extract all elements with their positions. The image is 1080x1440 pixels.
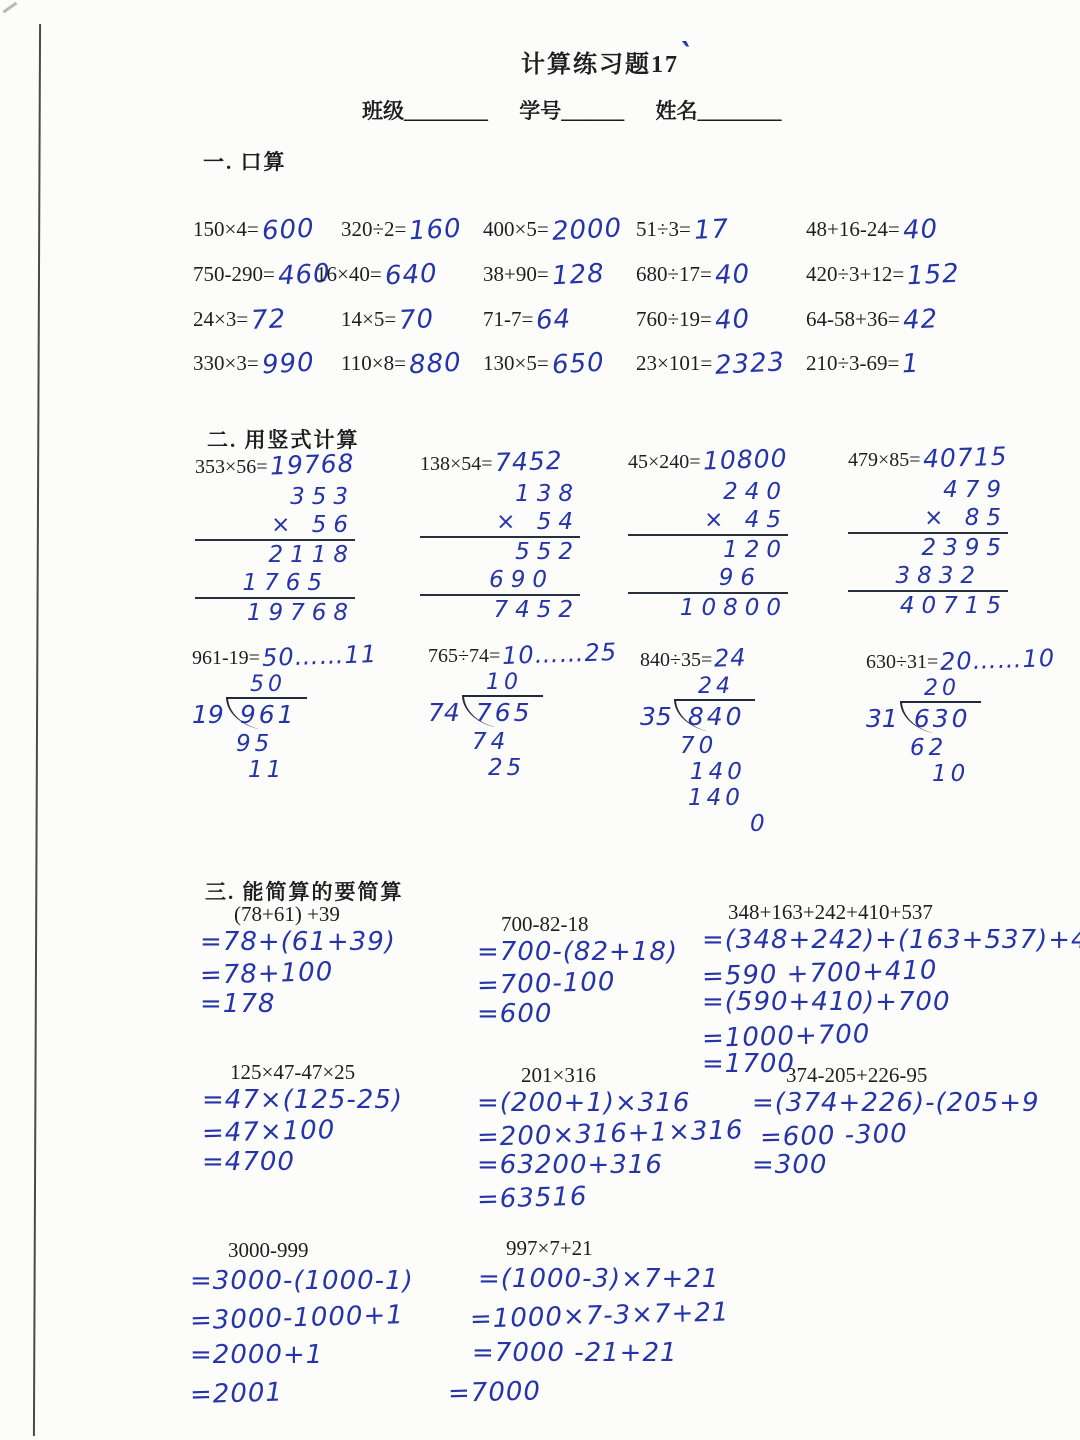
oral-problem: 680÷17=40 bbox=[636, 258, 750, 288]
quotient: 24 bbox=[698, 674, 769, 699]
work-line: 690 bbox=[420, 566, 580, 596]
handwritten-answer: 990 bbox=[261, 348, 315, 381]
field-class-line: ________ bbox=[404, 99, 488, 123]
work-step: =3000-(1000-1) bbox=[190, 1263, 414, 1300]
problem-text: 420÷3+12= bbox=[806, 262, 904, 286]
oral-problem: 51÷3=17 bbox=[636, 213, 729, 243]
simplify-problem: 700-82-18 =700-(82+18) =700-100 =600 bbox=[477, 912, 678, 1030]
oral-problem: 130×5=650 bbox=[483, 347, 604, 377]
work-line: 74 bbox=[472, 729, 509, 755]
work-line: 140 bbox=[690, 759, 769, 785]
field-student-id-label: 学号 bbox=[519, 99, 561, 123]
work-step: =7000 -21+21 bbox=[472, 1335, 729, 1372]
work-step: =4700 bbox=[202, 1147, 403, 1178]
problem-text: 14×5= bbox=[341, 307, 396, 331]
handwritten-answer: 40 bbox=[902, 214, 939, 246]
problem-text: 479×85= bbox=[848, 449, 921, 471]
oral-problem: 150×4=600 bbox=[193, 213, 314, 243]
work-step: =700-(82+18) bbox=[477, 937, 678, 968]
handwritten-answer: 160 bbox=[409, 214, 463, 247]
work-line: 353 bbox=[195, 483, 355, 511]
oral-problem: 420÷3+12=152 bbox=[806, 258, 960, 288]
field-name-line: ________ bbox=[698, 99, 782, 123]
handwritten-answer: 10800 bbox=[702, 444, 787, 476]
worksheet-page: 计算练习题17 ` 班级________ 学号______ 姓名________… bbox=[0, 0, 1080, 1440]
problem-text: 138×54= bbox=[420, 453, 493, 475]
section1-heading: 一. 口算 bbox=[203, 146, 287, 176]
work-line: 10800 bbox=[628, 594, 788, 622]
handwritten-answer: 650 bbox=[551, 348, 605, 381]
problem-text: 997×7+21 bbox=[506, 1236, 729, 1261]
problem-text: 353×56= bbox=[195, 456, 268, 478]
work-step: =7000 bbox=[448, 1368, 730, 1413]
field-name-label: 姓名 bbox=[656, 99, 698, 123]
mult-work: 240 × 45 120 96 10800 bbox=[628, 478, 788, 622]
problem-text: 961-19= bbox=[192, 647, 260, 669]
work-line: 7452 bbox=[420, 596, 580, 624]
mult-work: 138 × 54 552 690 7452 bbox=[420, 480, 580, 624]
oral-problem: 330×3=990 bbox=[193, 347, 314, 377]
oral-problem: 14×5=70 bbox=[341, 303, 434, 333]
remainder: 11 bbox=[248, 757, 377, 783]
problem-text: 150×4= bbox=[193, 217, 259, 241]
work-line: 70 bbox=[680, 733, 717, 759]
mult-work: 479 × 85 2395 3832 40715 bbox=[848, 476, 1008, 620]
oral-problem: 760÷19=40 bbox=[636, 303, 750, 333]
quotient: 50 bbox=[250, 672, 377, 697]
page-title: 计算练习题17 bbox=[521, 44, 679, 79]
vertical-mult-problem: 45×240=10800 240 × 45 120 96 10800 bbox=[628, 445, 818, 622]
problem-text: 51÷3= bbox=[636, 217, 691, 241]
work-line: 120 bbox=[628, 536, 788, 564]
work-step: =(348+242)+(163+537)+410 bbox=[702, 925, 1080, 956]
problem-text: 130×5= bbox=[483, 351, 549, 375]
problem-text: 320÷2= bbox=[341, 217, 406, 241]
problem-text: 330×3= bbox=[193, 351, 259, 375]
long-division-problem: 961-19=50……11 50 19961 95 11 bbox=[192, 642, 377, 783]
simplify-problem: (78+61) +39 =78+(61+39) =78+100 =178 bbox=[200, 902, 396, 1020]
handwritten-answer: 2323 bbox=[714, 347, 786, 381]
work-step: =(200+1)×316 bbox=[477, 1088, 744, 1119]
problem-text: 24×3= bbox=[193, 307, 248, 331]
work-step: =1000×7-3×7+21 bbox=[470, 1294, 730, 1338]
oral-problem: 24×3=72 bbox=[193, 303, 286, 333]
work-line: × 54 bbox=[420, 508, 580, 538]
quotient: 20 bbox=[924, 676, 1055, 701]
simplify-problem: 125×47-47×25 =47×(125-25) =47×100 =4700 bbox=[202, 1060, 403, 1178]
oral-problem: 16×40=640 bbox=[316, 258, 437, 288]
work-step: =200×316+1×316 bbox=[477, 1115, 744, 1153]
remainder: 25 bbox=[488, 755, 617, 781]
problem-text: 16×40= bbox=[316, 262, 382, 286]
handwritten-answer: 880 bbox=[408, 348, 462, 381]
work-line: 1765 bbox=[195, 569, 355, 599]
work-step: =(374+226)-(205+9 bbox=[752, 1088, 1040, 1119]
handwritten-answer: 128 bbox=[551, 259, 605, 292]
work-step: =63516 bbox=[477, 1177, 744, 1215]
handwritten-answer: 70 bbox=[398, 304, 435, 336]
handwritten-answer: 42 bbox=[902, 304, 939, 336]
dividend: 840 bbox=[674, 699, 755, 733]
simplify-problem: 348+163+242+410+537 =(348+242)+(163+537)… bbox=[702, 900, 1080, 1080]
work-line: 2395 bbox=[848, 534, 1008, 562]
work-line: 40715 bbox=[848, 592, 1008, 620]
problem-text: 210÷3-69= bbox=[806, 351, 899, 375]
quotient: 10 bbox=[486, 670, 617, 695]
work-line: 95 bbox=[236, 731, 273, 757]
problem-text: 48+16-24= bbox=[806, 217, 900, 241]
handwritten-answer: 40715 bbox=[922, 442, 1007, 474]
header-fields: 班级________ 学号______ 姓名________ bbox=[362, 95, 782, 125]
problem-text: 700-82-18 bbox=[501, 912, 678, 937]
problem-text: 3000-999 bbox=[228, 1238, 414, 1263]
work-line: 96 bbox=[628, 564, 788, 594]
problem-text: 45×240= bbox=[628, 451, 701, 473]
divisor: 19 bbox=[192, 700, 224, 729]
problem-text: 23×101= bbox=[636, 351, 712, 375]
divisor: 35 bbox=[640, 702, 672, 731]
field-class-label: 班级 bbox=[362, 99, 404, 123]
handwritten-answer: 1 bbox=[902, 349, 921, 380]
problem-text: (78+61) +39 bbox=[234, 902, 396, 927]
work-line: 3832 bbox=[848, 562, 1008, 592]
work-step: =3000-1000+1 bbox=[190, 1297, 415, 1340]
problem-text: 400×5= bbox=[483, 217, 549, 241]
handwritten-answer: 19768 bbox=[269, 449, 354, 481]
work-step: =47×(125-25) bbox=[202, 1085, 403, 1116]
work-line: 138 bbox=[420, 480, 580, 508]
long-division-problem: 840÷35=24 24 35840 70 140 140 0 bbox=[640, 644, 769, 837]
vertical-mult-problem: 479×85=40715 479 × 85 2395 3832 40715 bbox=[848, 443, 1038, 620]
work-line: 140 bbox=[688, 785, 744, 811]
remainder: 0 bbox=[750, 811, 769, 837]
work-line: 19768 bbox=[195, 599, 355, 627]
pen-tick-mark: ` bbox=[678, 38, 693, 73]
work-step: =63200+316 bbox=[477, 1150, 744, 1181]
work-step: =(590+410)+700 bbox=[702, 987, 1080, 1018]
problem-text: 64-58+36= bbox=[806, 307, 900, 331]
work-line: × 85 bbox=[848, 504, 1008, 534]
handwritten-answer: 24 bbox=[714, 643, 748, 672]
work-step: =78+(61+39) bbox=[200, 927, 396, 958]
problem-text: 38+90= bbox=[483, 262, 549, 286]
oral-problem: 110×8=880 bbox=[341, 347, 462, 377]
work-line: 62 bbox=[910, 735, 947, 761]
simplify-problem: 374-205+226-95 =(374+226)-(205+9 =600 -3… bbox=[752, 1063, 1040, 1181]
scan-speck bbox=[3, 2, 18, 14]
work-step: =2000+1 bbox=[190, 1337, 414, 1374]
remainder: 10 bbox=[932, 761, 1055, 787]
oral-problem: 400×5=2000 bbox=[483, 213, 622, 243]
handwritten-answer: 152 bbox=[906, 259, 960, 292]
handwritten-answer: 640 bbox=[384, 259, 438, 292]
scan-edge-line bbox=[33, 24, 41, 1436]
handwritten-answer: 2000 bbox=[551, 213, 623, 247]
work-step: =47×100 bbox=[202, 1113, 404, 1150]
dividend: 961 bbox=[226, 697, 307, 731]
work-line: × 56 bbox=[195, 511, 355, 541]
simplify-problem: 3000-999 =3000-(1000-1) =3000-1000+1 =20… bbox=[190, 1238, 414, 1411]
work-line: × 45 bbox=[628, 506, 788, 536]
handwritten-answer: 40 bbox=[714, 304, 751, 336]
handwritten-answer: 50……11 bbox=[261, 640, 377, 672]
problem-text: 348+163+242+410+537 bbox=[728, 900, 1080, 925]
handwritten-answer: 20……10 bbox=[940, 644, 1056, 676]
long-division-problem: 765÷74=10……25 10 74765 74 25 bbox=[428, 640, 617, 781]
problem-text: 750-290= bbox=[193, 262, 275, 286]
vertical-mult-problem: 138×54=7452 138 × 54 552 690 7452 bbox=[420, 447, 610, 624]
problem-text: 840÷35= bbox=[640, 649, 712, 671]
work-step: =2001 bbox=[190, 1371, 415, 1414]
work-step: =600 -300 bbox=[760, 1115, 1040, 1154]
work-line: 479 bbox=[848, 476, 1008, 504]
simplify-problem: 997×7+21 =(1000-3)×7+21 =1000×7-3×7+21 =… bbox=[448, 1236, 729, 1409]
dividend: 630 bbox=[900, 701, 981, 735]
problem-text: 765÷74= bbox=[428, 645, 500, 667]
mult-work: 353 × 56 2118 1765 19768 bbox=[195, 483, 355, 627]
problem-text: 760÷19= bbox=[636, 307, 712, 331]
oral-problem: 210÷3-69=1 bbox=[806, 347, 920, 377]
work-line: 2118 bbox=[195, 541, 355, 569]
problem-text: 71-7= bbox=[483, 307, 533, 331]
oral-problem: 48+16-24=40 bbox=[806, 213, 938, 243]
handwritten-answer: 40 bbox=[714, 259, 751, 291]
problem-text: 680÷17= bbox=[636, 262, 712, 286]
work-step: =300 bbox=[752, 1150, 1040, 1181]
work-step: =(1000-3)×7+21 bbox=[478, 1261, 729, 1298]
problem-text: 630÷31= bbox=[866, 651, 938, 673]
vertical-mult-problem: 353×56=19768 353 × 56 2118 1765 19768 bbox=[195, 450, 385, 627]
field-student-id-line: ______ bbox=[561, 99, 624, 123]
oral-problem: 23×101=2323 bbox=[636, 347, 785, 377]
divisor: 31 bbox=[866, 704, 898, 733]
work-line: 240 bbox=[628, 478, 788, 506]
handwritten-answer: 17 bbox=[693, 214, 730, 246]
work-step: =600 bbox=[477, 999, 678, 1030]
divisor: 74 bbox=[428, 698, 460, 727]
work-line: 552 bbox=[420, 538, 580, 566]
simplify-problem: 201×316 =(200+1)×316 =200×316+1×316 =632… bbox=[477, 1063, 744, 1212]
dividend: 765 bbox=[462, 695, 543, 729]
handwritten-answer: 7452 bbox=[494, 446, 563, 477]
handwritten-answer: 64 bbox=[536, 304, 573, 336]
problem-text: 201×316 bbox=[521, 1063, 744, 1088]
oral-problem: 38+90=128 bbox=[483, 258, 604, 288]
work-step: =700-100 bbox=[477, 965, 679, 1002]
oral-problem: 64-58+36=42 bbox=[806, 303, 938, 333]
work-step: =178 bbox=[200, 989, 396, 1020]
problem-text: 110×8= bbox=[341, 351, 406, 375]
handwritten-answer: 10……25 bbox=[502, 638, 618, 670]
oral-problem: 320÷2=160 bbox=[341, 213, 462, 243]
handwritten-answer: 72 bbox=[250, 304, 287, 336]
oral-problem: 71-7=64 bbox=[483, 303, 571, 333]
long-division-problem: 630÷31=20……10 20 31630 62 10 bbox=[866, 646, 1055, 787]
problem-text: 125×47-47×25 bbox=[230, 1060, 403, 1085]
oral-problem: 750-290=460 bbox=[193, 258, 330, 288]
work-step: =78+100 bbox=[200, 955, 397, 991]
problem-text: 374-205+226-95 bbox=[786, 1063, 1040, 1088]
handwritten-answer: 600 bbox=[261, 214, 315, 247]
